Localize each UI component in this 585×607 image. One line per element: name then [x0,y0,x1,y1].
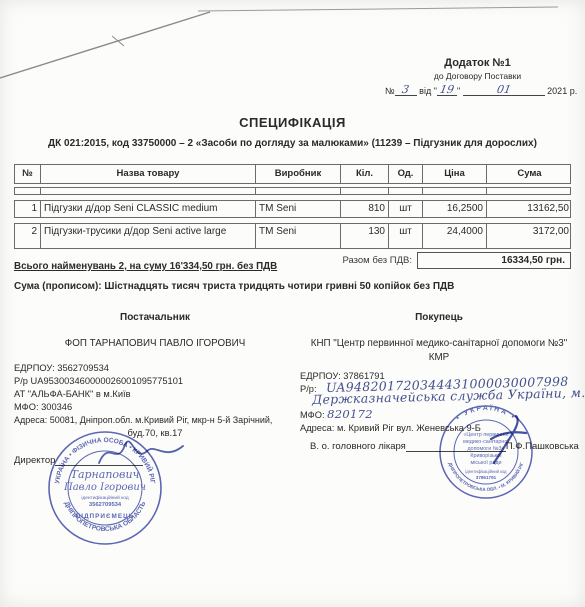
cell-name: Підгузки-трусики д/дор Seni active large [41,224,256,248]
supplier-section: Постачальник ФОП ТАРНАПОВИЧ ПАВЛО ІГОРОВ… [14,312,296,439]
cell-price: 24,4000 [423,224,487,248]
supplier-mfo: МФО: 300346 [14,401,296,413]
supplier-stamp-footer: ПІДПРИЄМЕЦЬ [76,513,135,520]
cell-no: 2 [15,224,41,248]
empty-spacer-row [14,187,571,195]
header-cell-maker: Виробник [256,165,341,183]
header-cell-name: Назва товару [41,165,256,183]
amount-in-words: Сума (прописом): Шістнадцять тисяч трист… [14,281,454,292]
supplier-stamp-name-line2: Павло Ігорович [63,482,146,493]
table-header-row: № Назва товару Виробник Кіл. Од. Ціна Су… [14,164,571,184]
buyer-stamp-id-label: ідентифікаційний код [465,469,507,474]
cell-sum: 3172,00 [487,224,572,248]
supplier-address-line1: Адреса: 50081, Дніпроп.обл. м.Кривий Ріг… [14,414,296,426]
cell-name: Підгузки д/дор Seni CLASSIC medium [41,201,256,217]
appendix-title: Додаток №1 [380,57,575,69]
cell-no: 1 [15,201,41,217]
buyer-signer-label: В. о. головного лікаря [310,441,406,452]
supplier-signature [95,433,190,473]
appendix-subtitle: до Договору Поставки [380,71,575,81]
contract-no-label: № [385,86,395,96]
header-cell-sum: Сума [487,165,572,183]
cell-unit: шт [389,201,423,217]
buyer-signature [486,412,531,467]
contract-year-label: 2021 р. [547,86,577,96]
cell-qty: 130 [341,224,389,248]
cell-maker: TM Seni [256,224,341,248]
cell-maker: TM Seni [256,201,341,217]
contract-no-handwritten: 3 [401,85,410,94]
contract-from-label: від [419,86,431,96]
items-table: № Назва товару Виробник Кіл. Од. Ціна Су… [14,164,571,269]
buyer-name-line2: КМР [300,352,578,364]
table-row: 1 Підгузки д/дор Seni CLASSIC medium TM … [14,200,571,218]
supplier-stamp-id-value: 3562709534 [89,502,122,508]
header-cell-unit: Од. [389,165,423,183]
scanned-document-sheet: Додаток №1 до Договору Поставки №3 від "… [0,0,585,607]
cell-unit: шт [389,224,423,248]
table-row: 2 Підгузки-трусики д/дор Seni active lar… [14,223,571,249]
supplier-name: ФОП ТАРНАПОВИЧ ПАВЛО ІГОРОВИЧ [14,338,296,350]
cell-sum: 13162,50 [487,201,572,217]
cell-price: 16,2500 [423,201,487,217]
buyer-heading: Покупець [300,312,578,324]
contract-day-handwritten: 19 [439,85,455,94]
header-cell-price: Ціна [423,165,487,183]
buyer-mfo-label: МФО: [300,410,325,420]
contract-month-handwritten: 01 [496,85,512,94]
buyer-mfo-handwritten: 820172 [327,407,373,421]
appendix-block: Додаток №1 до Договору Поставки [380,57,575,81]
close-quote: " [457,86,460,96]
supplier-stamp-id-label: ідентифікаційний код [81,494,128,501]
spec-subtitle: ДК 021:2015, код 33750000 – 2 «Засоби по… [0,138,585,149]
buyer-name-line1: КНП "Центр первинної медико-санітарної д… [300,338,578,350]
total-label: Разом без ПДВ: [342,255,412,266]
spec-title: СПЕЦИФІКАЦІЯ [0,115,585,130]
totals-note: Всього найменувань 2, на суму 16'334,50 … [14,261,277,272]
buyer-stamp-id-value: 37861791 [476,475,497,480]
supplier-edrpou: ЕДРПОУ: 3562709534 [14,362,296,374]
supplier-heading: Постачальник [14,312,296,324]
supplier-account: Р/р UA953003460000026001095775101 [14,375,296,387]
supplier-bank: АТ "АЛЬФА-БАНК" в м.Київ [14,388,296,400]
header-cell-no: № [15,165,41,183]
total-value-box: 16334,50 грн. [417,252,571,269]
header-cell-qty: Кіл. [341,165,389,183]
cell-qty: 810 [341,201,389,217]
contract-number-line: №3 від "19" 01 2021 р. [385,85,580,96]
